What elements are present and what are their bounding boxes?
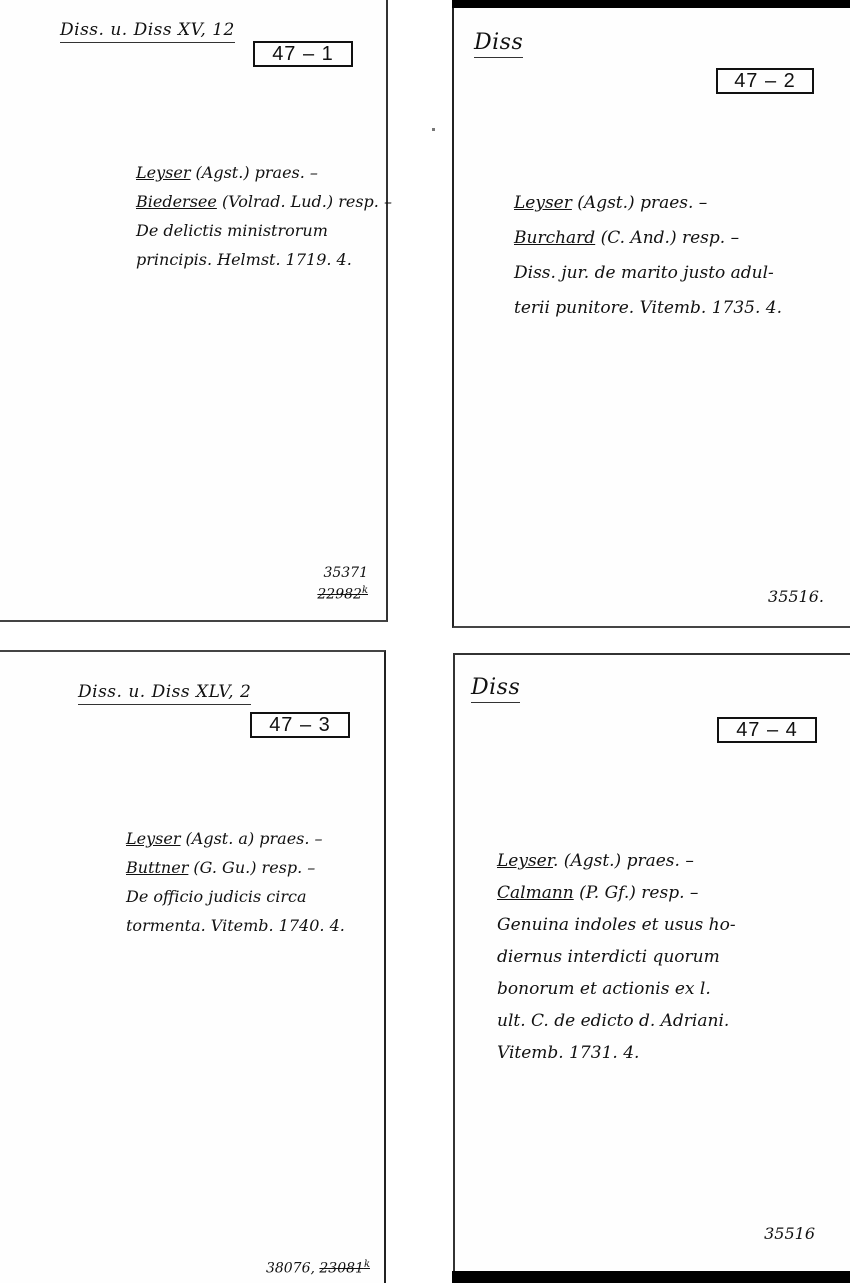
accession-cancelled: 23081 [319, 1261, 364, 1277]
scan-edge-bottom [452, 1271, 850, 1283]
accession-current: 35371 [270, 565, 368, 582]
scan-edge-top [452, 0, 850, 8]
accession-current: 38076, [266, 1261, 315, 1277]
title-line: bonorum et actionis ex l. [497, 973, 736, 1005]
shelfmark: Diss. u. Diss XLV, 2 [78, 682, 251, 705]
accession-suffix: k [362, 585, 368, 596]
call-number-box: 47 – 2 [716, 68, 814, 94]
praeses-line: Leyser (Agst. a) praes. – [126, 824, 345, 853]
praeses-detail: (Agst.) praes. – [572, 193, 707, 213]
call-number-box: 47 – 1 [253, 41, 353, 67]
catalog-card-1: Diss. u. Diss XV, 12 47 – 1 Leyser (Agst… [0, 0, 388, 622]
shelfmark: Diss. u. Diss XV, 12 [60, 20, 235, 43]
catalog-entry: Leyser (Agst. a) praes. – Buttner (G. Gu… [126, 824, 345, 940]
accession-current: 35516 [705, 1225, 815, 1242]
respondent-name: Calmann [497, 883, 574, 903]
respondent-detail: (P. Gf.) resp. – [574, 883, 699, 903]
title-line: principis. Helmst. 1719. 4. [136, 245, 392, 274]
shelfmark: Diss [471, 675, 520, 703]
respondent-detail: (C. And.) resp. – [595, 228, 739, 248]
title-line: diernus interdicti quorum [497, 941, 736, 973]
praeses-line: Leyser (Agst.) praes. – [514, 186, 782, 221]
praeses-line: Leyser (Agst.) praes. – [136, 158, 392, 187]
title-line: Vitemb. 1731. 4. [497, 1037, 736, 1069]
respondent-name: Burchard [514, 228, 595, 248]
catalog-card-3: Diss. u. Diss XLV, 2 47 – 3 Leyser (Agst… [0, 650, 386, 1283]
title-line: De officio judicis circa [126, 882, 345, 911]
shelfmark: Diss [474, 30, 523, 58]
title-line: Diss. jur. de marito justo adul- [514, 256, 782, 291]
accession-current: 35516. [704, 588, 824, 605]
praeses-name: Leyser [136, 163, 190, 182]
scan-speck [432, 128, 435, 131]
praeses-name: Leyser [514, 193, 572, 213]
accession-suffix: k [364, 1259, 370, 1270]
accession-number: 35516 [705, 1225, 815, 1242]
respondent-detail: (G. Gu.) resp. – [188, 858, 315, 877]
catalog-card-4: Diss 47 – 4 Leyser. (Agst.) praes. – Cal… [453, 653, 850, 1271]
call-number-box: 47 – 4 [717, 717, 817, 743]
respondent-name: Biedersee [136, 192, 217, 211]
title-line: ult. C. de edicto d. Adriani. [497, 1005, 736, 1037]
respondent-line: Burchard (C. And.) resp. – [514, 221, 782, 256]
accession-cancelled: 22982 [317, 587, 362, 603]
title-line: De delictis ministrorum [136, 216, 392, 245]
accession-number: 38076, 23081k [200, 1256, 370, 1278]
title-line: tormenta. Vitemb. 1740. 4. [126, 911, 345, 940]
praeses-detail: . (Agst.) praes. – [553, 851, 694, 871]
praeses-name: Leyser [126, 829, 180, 848]
respondent-line: Calmann (P. Gf.) resp. – [497, 877, 736, 909]
call-number-box: 47 – 3 [250, 712, 350, 738]
title-line: terii punitore. Vitemb. 1735. 4. [514, 291, 782, 326]
accession-number: 35371 22982k [270, 565, 368, 604]
catalog-entry: Leyser (Agst.) praes. – Biedersee (Volra… [136, 158, 392, 274]
respondent-name: Buttner [126, 858, 188, 877]
praeses-detail: (Agst. a) praes. – [180, 829, 322, 848]
respondent-line: Buttner (G. Gu.) resp. – [126, 853, 345, 882]
praeses-line: Leyser. (Agst.) praes. – [497, 845, 736, 877]
praeses-name: Leyser [497, 851, 553, 871]
accession-number: 35516. [704, 588, 824, 605]
catalog-entry: Leyser (Agst.) praes. – Burchard (C. And… [514, 186, 782, 326]
praeses-detail: (Agst.) praes. – [190, 163, 317, 182]
respondent-line: Biedersee (Volrad. Lud.) resp. – [136, 187, 392, 216]
catalog-card-2: Diss 47 – 2 Leyser (Agst.) praes. – Burc… [452, 8, 850, 628]
title-line: Genuina indoles et usus ho- [497, 909, 736, 941]
respondent-detail: (Volrad. Lud.) resp. – [217, 192, 392, 211]
catalog-entry: Leyser. (Agst.) praes. – Calmann (P. Gf.… [497, 845, 736, 1069]
